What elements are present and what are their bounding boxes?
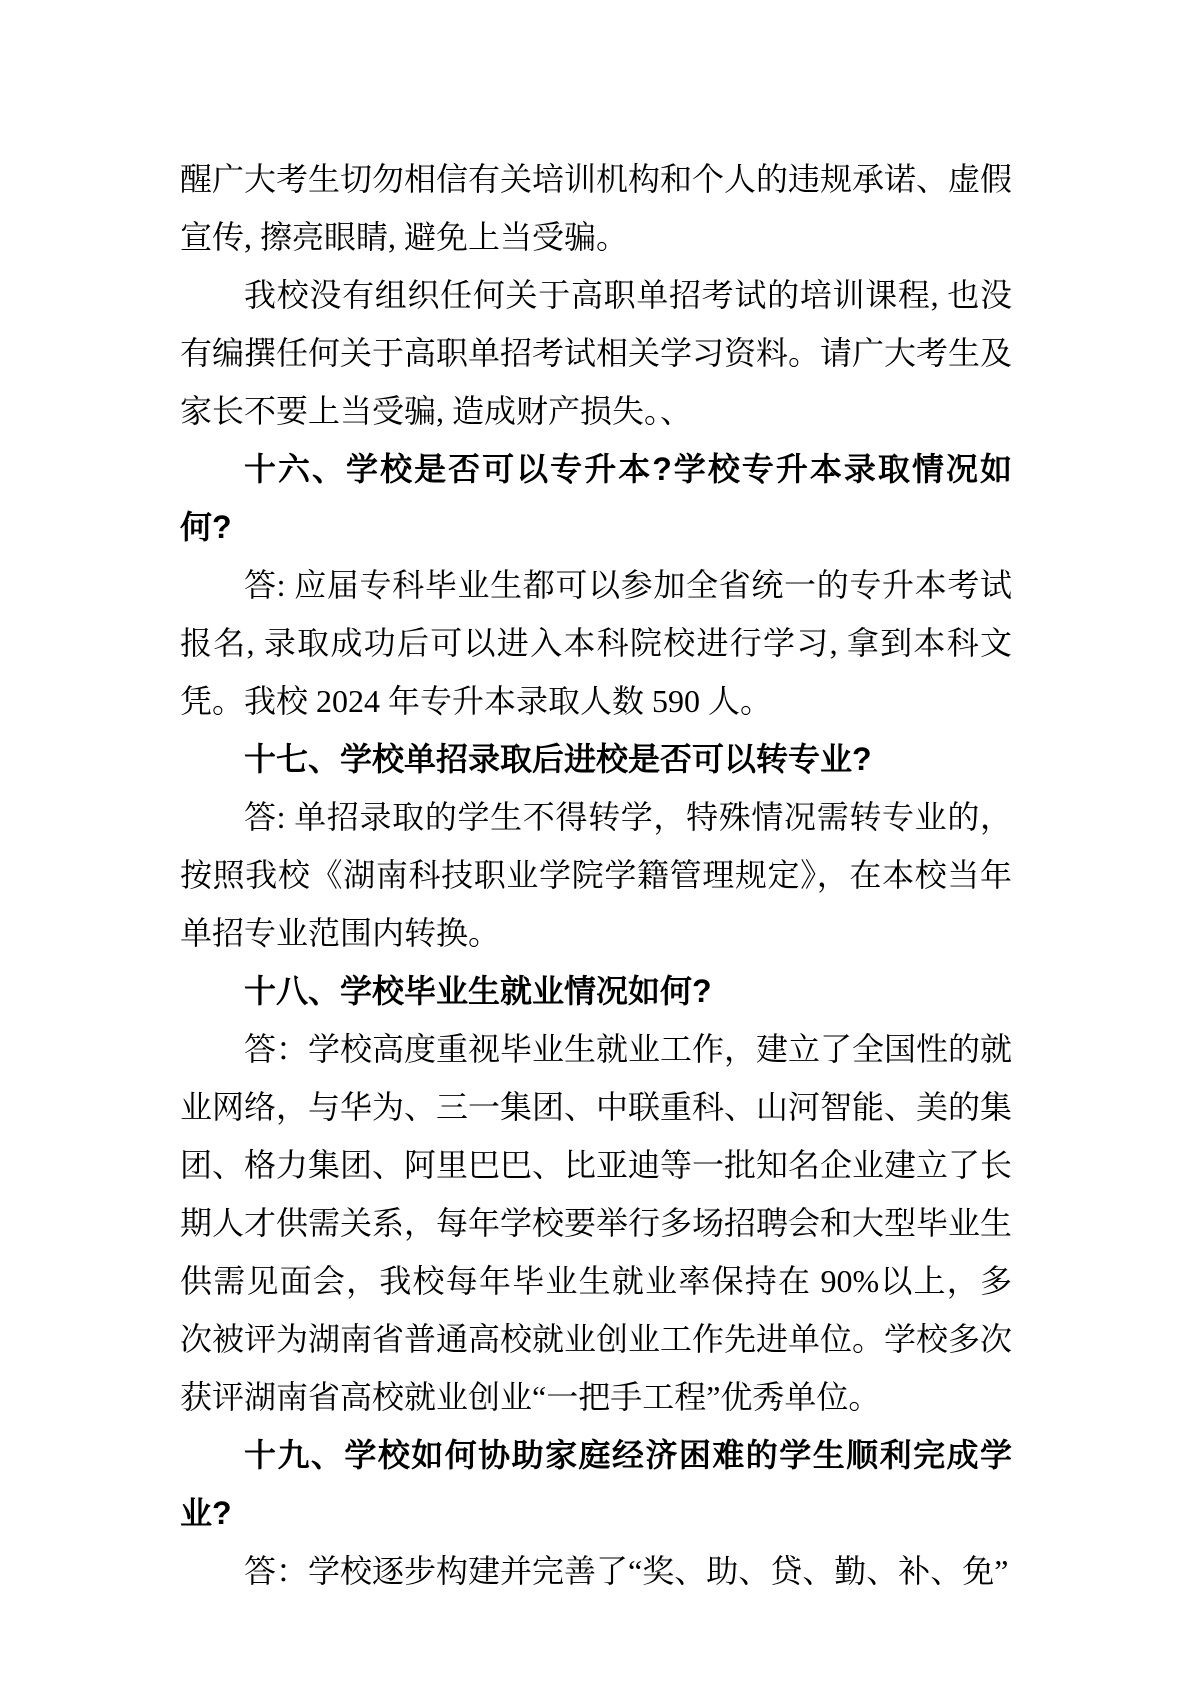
section-heading: 十七、学校单招录取后进校是否可以转专业? [180,730,1012,788]
paragraph: 我校没有组织任何关于高职单招考试的培训课程, 也没有编撰任何关于高职单招考试相关… [180,266,1012,440]
paragraph: 答：学校高度重视毕业生就业工作，建立了全国性的就业网络，与华为、三一集团、中联重… [180,1020,1012,1426]
paragraph: 答：学校逐步构建并完善了“奖、助、贷、勤、补、免” [180,1542,1012,1600]
paragraph: 醒广大考生切勿相信有关培训机构和个人的违规承诺、虚假宣传, 擦亮眼睛, 避免上当… [180,150,1012,266]
section-heading: 十六、学校是否可以专升本?学校专升本录取情况如何? [180,440,1012,556]
document-content: 醒广大考生切勿相信有关培训机构和个人的违规承诺、虚假宣传, 擦亮眼睛, 避免上当… [180,150,1012,1600]
paragraph: 答: 应届专科毕业生都可以参加全省统一的专升本考试报名, 录取成功后可以进入本科… [180,556,1012,730]
document-page: 醒广大考生切勿相信有关培训机构和个人的违规承诺、虚假宣传, 擦亮眼睛, 避免上当… [0,0,1191,1684]
section-heading: 十八、学校毕业生就业情况如何? [180,962,1012,1020]
paragraph: 答: 单招录取的学生不得转学，特殊情况需转专业的，按照我校《湖南科技职业学院学籍… [180,788,1012,962]
section-heading: 十九、学校如何协助家庭经济困难的学生顺利完成学业? [180,1426,1012,1542]
